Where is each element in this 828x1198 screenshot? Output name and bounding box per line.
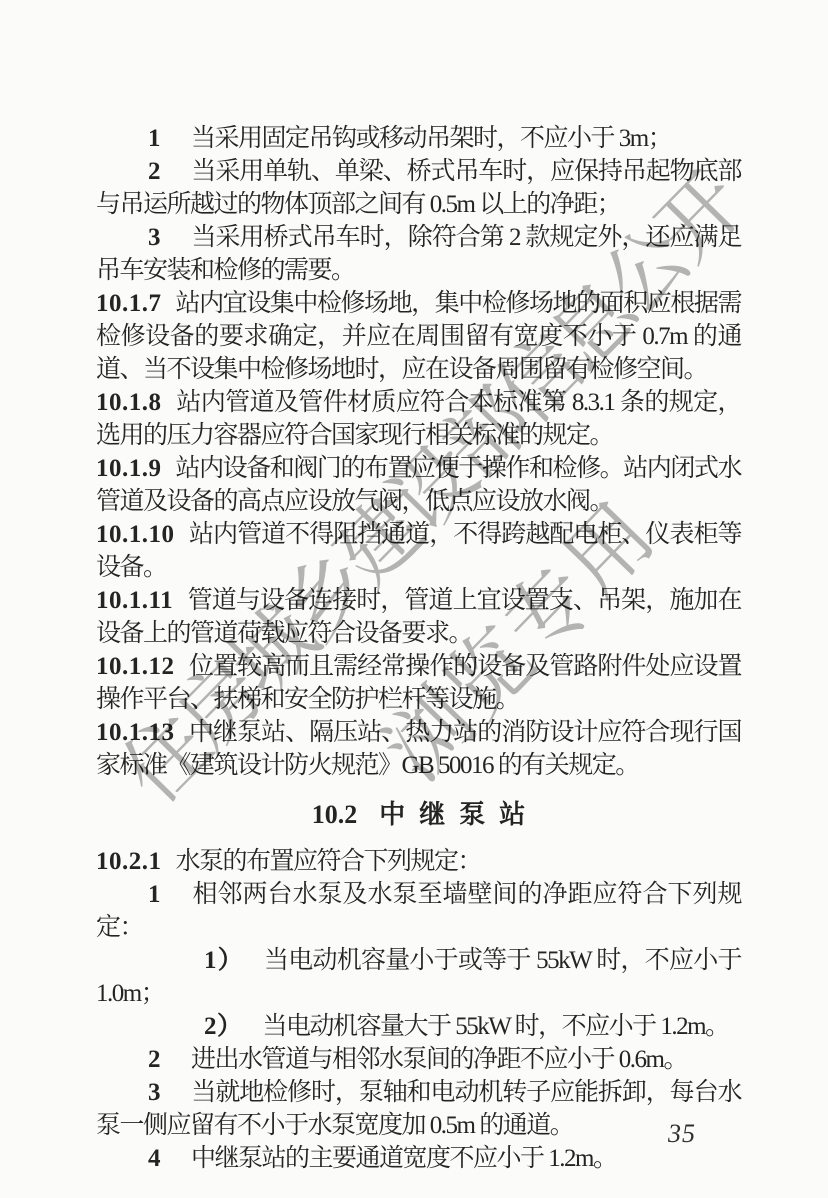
section-title: 中继泵站 (379, 800, 539, 829)
page-number: 35 (668, 1119, 696, 1149)
clause-number: 10.1.7 (96, 290, 162, 317)
sub-list-item: 2）当电动机容量大于 55kW 时，不应小于 1.2m。 (96, 1010, 741, 1043)
body-text: 1当采用固定吊钩或移动吊架时，不应小于 3m； 2当采用单轨、单梁、桥式吊车时，… (96, 122, 741, 1175)
clause-number: 10.1.12 (96, 653, 175, 680)
list-item: 1当采用固定吊钩或移动吊架时，不应小于 3m； (96, 122, 741, 155)
clause-number: 10.1.10 (96, 521, 175, 548)
item-text: 相邻两台水泵及水泵至墙壁间的净距应符合下列规定： (96, 881, 741, 941)
clause-text: 站内管道不得阻挡通道，不得跨越配电柜、仪表柜等设备。 (96, 521, 741, 581)
list-item: 3当采用桥式吊车时，除符合第 2 款规定外，还应满足吊车安装和检修的需要。 (96, 221, 741, 287)
list-item: 4中继泵站的主要通道宽度不应小于 1.2m。 (96, 1142, 741, 1175)
clause-number: 10.1.8 (96, 389, 162, 416)
clause-number: 10.1.9 (96, 455, 162, 482)
clause-paragraph: 10.2.1水泵的布置应符合下列规定： (96, 845, 741, 878)
item-text: 当采用桥式吊车时，除符合第 2 款规定外，还应满足吊车安装和检修的需要。 (96, 224, 741, 284)
sub-list-item: 1）当电动机容量小于或等于 55kW 时，不应小于 1.0m； (96, 944, 741, 1010)
item-text: 进出水管道与相邻水泵间的净距不应小于 0.6m。 (191, 1046, 687, 1073)
item-number: 3 (148, 1079, 161, 1106)
section-heading: 10.2中继泵站 (96, 798, 741, 831)
clause-number: 10.2.1 (96, 848, 162, 875)
list-item: 3当就地检修时，泵轴和电动机转子应能拆卸，每台水泵一侧应留有不小于水泵宽度加 0… (96, 1076, 741, 1142)
subitem-text: 当电动机容量小于或等于 55kW 时，不应小于 1.0m； (96, 947, 741, 1007)
item-number: 4 (148, 1145, 161, 1172)
item-number: 2 (148, 1046, 161, 1073)
item-number: 2 (148, 158, 161, 185)
clause-text: 站内设备和阀门的布置应便于操作和检修。站内闭式水管道及设备的高点应设放气阀，低点… (96, 455, 741, 515)
item-number: 3 (148, 224, 161, 251)
item-text: 当就地检修时，泵轴和电动机转子应能拆卸，每台水泵一侧应留有不小于水泵宽度加 0.… (96, 1079, 741, 1139)
list-item: 2当采用单轨、单梁、桥式吊车时，应保持吊起物底部与吊运所越过的物体顶部之间有 0… (96, 155, 741, 221)
clause-text: 水泵的布置应符合下列规定： (176, 848, 482, 875)
clause-paragraph: 10.1.8站内管道及管件材质应符合本标准第 8.3.1 条的规定，选用的压力容… (96, 386, 741, 452)
clause-text: 位置较高而且需经常操作的设备及管路附件处应设置操作平台、扶梯和安全防护栏杆等设施… (96, 653, 741, 713)
clause-paragraph: 10.1.11管道与设备连接时，管道上宜设置支、吊架，施加在设备上的管道荷载应符… (96, 584, 741, 650)
subitem-text: 当电动机容量大于 55kW 时，不应小于 1.2m。 (263, 1013, 729, 1040)
clause-text: 管道与设备连接时，管道上宜设置支、吊架，施加在设备上的管道荷载应符合设备要求。 (96, 587, 741, 647)
item-number: 1 (148, 881, 161, 908)
item-text: 当采用固定吊钩或移动吊架时，不应小于 3m； (191, 125, 671, 152)
clause-paragraph: 10.1.7站内宜设集中检修场地，集中检修场地的面积应根据需检修设备的要求确定，… (96, 287, 741, 386)
section-number: 10.2 (312, 800, 358, 829)
clause-paragraph: 10.1.10站内管道不得阻挡通道，不得跨越配电柜、仪表柜等设备。 (96, 518, 741, 584)
clause-text: 站内管道及管件材质应符合本标准第 8.3.1 条的规定，选用的压力容器应符合国家… (96, 389, 741, 449)
item-text: 当采用单轨、单梁、桥式吊车时，应保持吊起物底部与吊运所越过的物体顶部之间有 0.… (96, 158, 741, 218)
subitem-number: 2） (204, 1013, 243, 1040)
item-text: 中继泵站的主要通道宽度不应小于 1.2m。 (191, 1145, 616, 1172)
clause-text: 站内宜设集中检修场地，集中检修场地的面积应根据需检修设备的要求确定，并应在周围留… (96, 290, 741, 383)
item-number: 1 (148, 125, 161, 152)
clause-paragraph: 10.1.13中继泵站、隔压站、热力站的消防设计应符合现行国家标准《建筑设计防火… (96, 716, 741, 782)
subitem-number: 1） (204, 947, 244, 974)
list-item: 2进出水管道与相邻水泵间的净距不应小于 0.6m。 (96, 1043, 741, 1076)
clause-number: 10.1.11 (96, 587, 173, 614)
clause-paragraph: 10.1.9站内设备和阀门的布置应便于操作和检修。站内闭式水管道及设备的高点应设… (96, 452, 741, 518)
clause-paragraph: 10.1.12位置较高而且需经常操作的设备及管路附件处应设置操作平台、扶梯和安全… (96, 650, 741, 716)
document-page: 1当采用固定吊钩或移动吊架时，不应小于 3m； 2当采用单轨、单梁、桥式吊车时，… (0, 0, 828, 1198)
list-item: 1相邻两台水泵及水泵至墙壁间的净距应符合下列规定： (96, 878, 741, 944)
clause-text: 中继泵站、隔压站、热力站的消防设计应符合现行国家标准《建筑设计防火规范》GB 5… (96, 719, 741, 779)
clause-number: 10.1.13 (96, 719, 175, 746)
